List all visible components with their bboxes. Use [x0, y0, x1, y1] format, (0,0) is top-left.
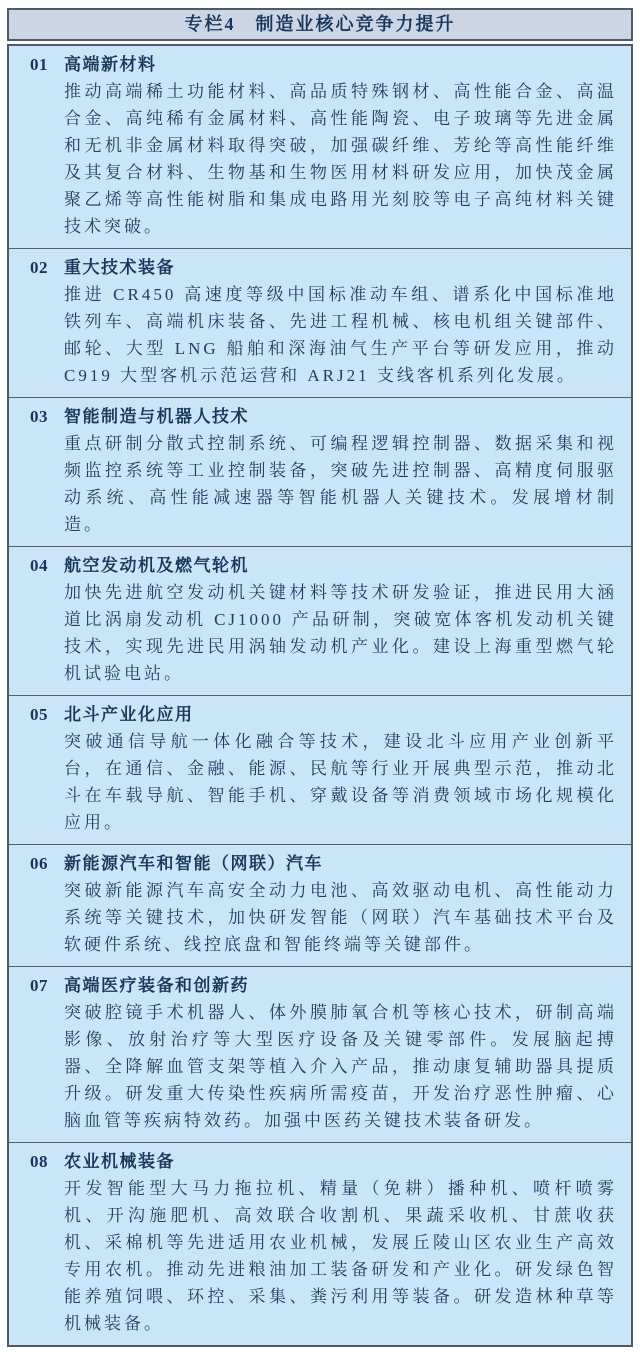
section-number: 02 [30, 254, 64, 281]
section-title-row: 05 北斗产业化应用 [30, 701, 617, 728]
section-title: 航空发动机及燃气轮机 [64, 552, 249, 579]
section-title-row: 03 智能制造与机器人技术 [30, 403, 617, 430]
section-number: 07 [30, 972, 64, 999]
box-body: 01 高端新材料 推动高端稀土功能材料、高品质特殊钢材、高性能合金、高温合金、高… [7, 44, 633, 1347]
section-body-text: 突破新能源汽车高安全动力电池、高效驱动电机、高性能动力系统等关键技术，加快研发智… [64, 877, 617, 958]
section-title: 新能源汽车和智能（网联）汽车 [64, 850, 323, 877]
section-number: 03 [30, 403, 64, 430]
section-number: 08 [30, 1148, 64, 1175]
section-title-row: 07 高端医疗装备和创新药 [30, 972, 617, 999]
document-page: 专栏4 制造业核心竞争力提升 01 高端新材料 推动高端稀土功能材料、高品质特殊… [0, 0, 640, 1352]
section-title: 高端新材料 [64, 51, 157, 78]
section-01: 01 高端新材料 推动高端稀土功能材料、高品质特殊钢材、高性能合金、高温合金、高… [9, 46, 631, 248]
section-number: 06 [30, 850, 64, 877]
section-title-row: 06 新能源汽车和智能（网联）汽车 [30, 850, 617, 877]
section-body-text: 突破通信导航一体化融合等技术，建设北斗应用产业创新平台，在通信、金融、能源、民航… [64, 728, 617, 836]
section-number: 01 [30, 51, 64, 78]
section-body-text: 突破腔镜手术机器人、体外膜肺氧合机等核心技术，研制高端影像、放射治疗等大型医疗设… [64, 999, 617, 1134]
section-title-row: 01 高端新材料 [30, 51, 617, 78]
section-02: 02 重大技术装备 推进 CR450 高速度等级中国标准动车组、谱系化中国标准地… [9, 248, 631, 397]
section-title: 重大技术装备 [64, 254, 175, 281]
section-title: 高端医疗装备和创新药 [64, 972, 249, 999]
section-title-row: 02 重大技术装备 [30, 254, 617, 281]
section-title: 智能制造与机器人技术 [64, 403, 249, 430]
box-header-title: 专栏4 制造业核心竞争力提升 [7, 8, 633, 41]
section-number: 04 [30, 552, 64, 579]
section-title: 北斗产业化应用 [64, 701, 194, 728]
section-05: 05 北斗产业化应用 突破通信导航一体化融合等技术，建设北斗应用产业创新平台，在… [9, 695, 631, 844]
section-body-text: 推动高端稀土功能材料、高品质特殊钢材、高性能合金、高温合金、高纯稀有金属材料、高… [64, 78, 617, 240]
section-body-text: 开发智能型大马力拖拉机、精量（免耕）播种机、喷杆喷雾机、开沟施肥机、高效联合收割… [64, 1175, 617, 1337]
section-title-row: 04 航空发动机及燃气轮机 [30, 552, 617, 579]
section-07: 07 高端医疗装备和创新药 突破腔镜手术机器人、体外膜肺氧合机等核心技术，研制高… [9, 966, 631, 1142]
section-body-text: 重点研制分散式控制系统、可编程逻辑控制器、数据采集和视频监控系统等工业控制装备，… [64, 430, 617, 538]
section-body-text: 加快先进航空发动机关键材料等技术研发验证，推进民用大涵道比涡扇发动机 CJ100… [64, 579, 617, 687]
section-body-text: 推进 CR450 高速度等级中国标准动车组、谱系化中国标准地铁列车、高端机床装备… [64, 281, 617, 389]
section-03: 03 智能制造与机器人技术 重点研制分散式控制系统、可编程逻辑控制器、数据采集和… [9, 397, 631, 546]
section-04: 04 航空发动机及燃气轮机 加快先进航空发动机关键材料等技术研发验证，推进民用大… [9, 546, 631, 695]
section-number: 05 [30, 701, 64, 728]
section-06: 06 新能源汽车和智能（网联）汽车 突破新能源汽车高安全动力电池、高效驱动电机、… [9, 844, 631, 966]
section-08: 08 农业机械装备 开发智能型大马力拖拉机、精量（免耕）播种机、喷杆喷雾机、开沟… [9, 1142, 631, 1345]
section-title: 农业机械装备 [64, 1148, 175, 1175]
section-title-row: 08 农业机械装备 [30, 1148, 617, 1175]
